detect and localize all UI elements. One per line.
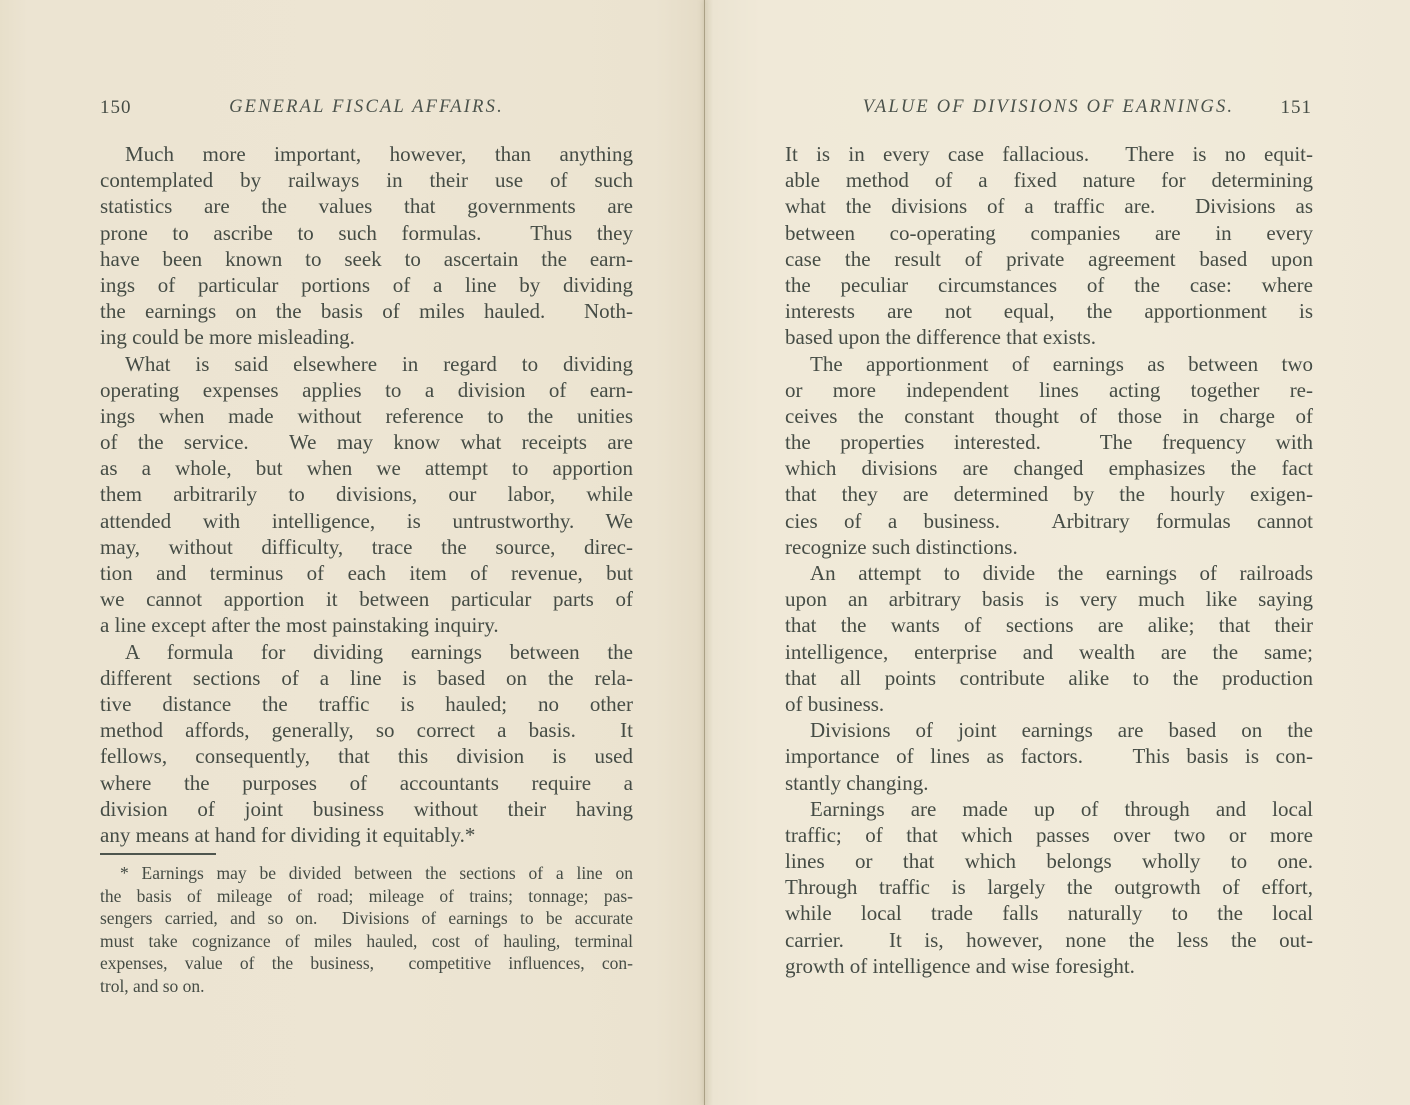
text-line: method affords, generally, so correct a … <box>100 717 633 743</box>
text-line: different sections of a line is based on… <box>100 665 633 691</box>
text-line: Divisions of joint earnings are based on… <box>785 717 1313 743</box>
text-line: the peculiar circumstances of the case: … <box>785 272 1313 298</box>
text-line: operating expenses applies to a division… <box>100 377 633 403</box>
text-line: What is said elsewhere in regard to divi… <box>100 351 633 377</box>
text-line: ing could be more misleading. <box>100 324 633 350</box>
page-number-151: 151 <box>1281 97 1313 119</box>
text-line: upon an arbitrary basis is very much lik… <box>785 586 1313 612</box>
text-line: the earnings on the basis of miles haule… <box>100 298 633 324</box>
text-line: prone to ascribe to such formulas. Thus … <box>100 220 633 246</box>
running-head-left: GENERAL FISCAL AFFAIRS. <box>100 97 633 118</box>
text-line: have been known to seek to ascertain the… <box>100 246 633 272</box>
text-line: that they are determined by the hourly e… <box>785 481 1313 507</box>
page-left: 150 GENERAL FISCAL AFFAIRS. Much more im… <box>0 0 705 1105</box>
text-line: * Earnings may be divided between the se… <box>100 862 633 885</box>
text-line: expenses, value of the business, competi… <box>100 952 633 975</box>
text-line: intelligence, enterprise and wealth are … <box>785 639 1313 665</box>
text-line: the properties interested. The frequency… <box>785 429 1313 455</box>
text-line: ceives the constant thought of those in … <box>785 403 1313 429</box>
text-line: stantly changing. <box>785 770 1313 796</box>
text-line: It is in every case fallacious. There is… <box>785 141 1313 167</box>
text-line: we cannot apportion it between particula… <box>100 586 633 612</box>
text-line: of business. <box>785 691 1313 717</box>
text-line: tive distance the traffic is hauled; no … <box>100 691 633 717</box>
text-line: Much more important, however, than anyth… <box>100 141 633 167</box>
text-line: any means at hand for dividing it equita… <box>100 822 633 848</box>
book-spread: 150 GENERAL FISCAL AFFAIRS. Much more im… <box>0 0 1410 1105</box>
text-line: between co-operating companies are in ev… <box>785 220 1313 246</box>
text-line: them arbitrarily to divisions, our labor… <box>100 481 633 507</box>
text-line: a line except after the most painstaking… <box>100 612 633 638</box>
text-line: Earnings are made up of through and loca… <box>785 796 1313 822</box>
text-line: division of joint business without their… <box>100 796 633 822</box>
running-head-right: VALUE OF DIVISIONS OF EARNINGS. <box>785 97 1312 118</box>
body-text-right: It is in every case fallacious. There is… <box>785 141 1313 979</box>
book-gutter-seam <box>704 0 705 1105</box>
text-line: where the purposes of accountants requir… <box>100 770 633 796</box>
text-line: lines or that which belongs wholly to on… <box>785 848 1313 874</box>
text-line: may, without difficulty, trace the sourc… <box>100 534 633 560</box>
text-line: growth of intelligence and wise foresigh… <box>785 953 1313 979</box>
body-text-left: Much more important, however, than anyth… <box>100 141 633 848</box>
text-line: fellows, consequently, that this divisio… <box>100 743 633 769</box>
text-line: ings when made without reference to the … <box>100 403 633 429</box>
text-line: of the service. We may know what receipt… <box>100 429 633 455</box>
text-line: trol, and so on. <box>100 975 633 998</box>
page-number-150: 150 <box>100 97 132 119</box>
text-line: case the result of private agreement bas… <box>785 246 1313 272</box>
text-line: sengers carried, and so on. Divisions of… <box>100 907 633 930</box>
page-right: VALUE OF DIVISIONS OF EARNINGS. 151 It i… <box>705 0 1410 1105</box>
text-line: An attempt to divide the earnings of rai… <box>785 560 1313 586</box>
page-right-header: VALUE OF DIVISIONS OF EARNINGS. 151 <box>785 97 1312 123</box>
text-line: cies of a business. Arbitrary formulas c… <box>785 508 1313 534</box>
text-line: that the wants of sections are alike; th… <box>785 612 1313 638</box>
text-line: A formula for dividing earnings between … <box>100 639 633 665</box>
text-line: which divisions are changed emphasizes t… <box>785 455 1313 481</box>
footnote-left: * Earnings may be divided between the se… <box>100 862 633 998</box>
text-line: carrier. It is, however, none the less t… <box>785 927 1313 953</box>
text-line: must take cognizance of miles hauled, co… <box>100 930 633 953</box>
text-line: ings of particular portions of a line by… <box>100 272 633 298</box>
text-line: tion and terminus of each item of revenu… <box>100 560 633 586</box>
text-line: the basis of mileage of road; mileage of… <box>100 885 633 908</box>
text-line: or more independent lines acting togethe… <box>785 377 1313 403</box>
text-line: as a whole, but when we attempt to appor… <box>100 455 633 481</box>
text-line: Through traffic is largely the outgrowth… <box>785 874 1313 900</box>
text-line: while local trade falls naturally to the… <box>785 900 1313 926</box>
text-line: based upon the difference that exists. <box>785 324 1313 350</box>
page-left-header: 150 GENERAL FISCAL AFFAIRS. <box>100 97 633 123</box>
text-line: what the divisions of a traffic are. Div… <box>785 193 1313 219</box>
text-line: statistics are the values that governmen… <box>100 193 633 219</box>
text-line: interests are not equal, the apportionme… <box>785 298 1313 324</box>
text-line: importance of lines as factors. This bas… <box>785 743 1313 769</box>
text-line: recognize such distinctions. <box>785 534 1313 560</box>
text-line: that all points contribute alike to the … <box>785 665 1313 691</box>
footnote-rule <box>100 853 216 855</box>
text-line: The apportionment of earnings as between… <box>785 351 1313 377</box>
text-line: able method of a fixed nature for determ… <box>785 167 1313 193</box>
text-line: traffic; of that which passes over two o… <box>785 822 1313 848</box>
text-line: contemplated by railways in their use of… <box>100 167 633 193</box>
text-line: attended with intelligence, is untrustwo… <box>100 508 633 534</box>
